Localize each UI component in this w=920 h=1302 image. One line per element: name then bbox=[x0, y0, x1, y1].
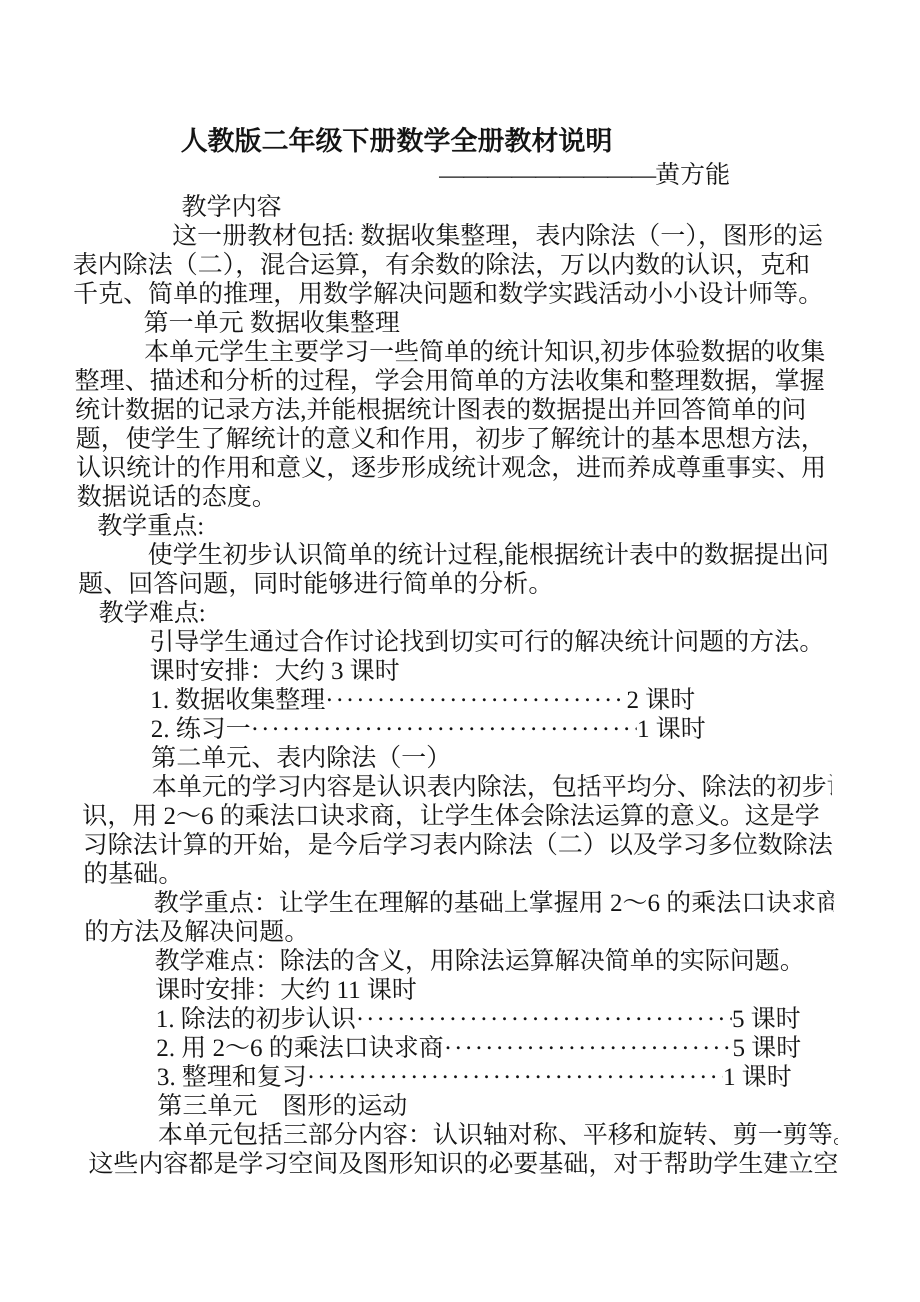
text-line: 这些内容都是学习空间及图形知识的必要基础，对于帮助学生建立空 bbox=[88, 1150, 839, 1179]
text-line: 数据说话的态度。 bbox=[76, 483, 827, 512]
toc-dot-leader: ···································· bbox=[444, 1034, 733, 1063]
toc-item-hours: 5 课时 bbox=[732, 1005, 801, 1034]
text-line: 本单元的学习内容是认识表内除法，包括平均分、除法的初步认 bbox=[81, 773, 832, 802]
text-line: 题，使学生了解统计的意义和作用，初步了解统计的基本思想方法， bbox=[75, 425, 826, 454]
text-line: 识，用 2～6 的乘法口诀求商，让学生体会除法运算的意义。这是学 bbox=[82, 802, 833, 831]
teaching-difficulty-line: 教学难点：除法的含义，用除法运算解决简单的实际问题。 bbox=[85, 947, 836, 976]
text-line: 题、回答问题，同时能够进行简单的分析。 bbox=[78, 570, 829, 599]
toc-dot-leader: ········································… bbox=[307, 1063, 724, 1092]
signature-dash-leader: ————————— bbox=[439, 162, 655, 189]
toc-item-label: 2. 练习一 bbox=[150, 715, 251, 744]
toc-item-label: 1. 除法的初步认识 bbox=[156, 1005, 357, 1034]
toc-item: 1. 数据收集整理 ······························… bbox=[80, 686, 696, 715]
teaching-focus-line: 教学重点：让学生在理解的基础上掌握用 2～6 的乘法口诀求商 bbox=[84, 889, 835, 918]
toc-item-label: 2. 用 2～6 的乘法口诀求商 bbox=[156, 1034, 444, 1063]
unit3-heading: 第三单元 图形的运动 bbox=[87, 1092, 838, 1121]
text-line: 引导学生通过合作讨论找到切实可行的解决统计问题的方法。 bbox=[79, 628, 830, 657]
toc-dot-leader: ········································… bbox=[356, 1005, 733, 1034]
text-line: 的基础。 bbox=[83, 860, 834, 889]
text-line: 千克、简单的推理，用数学解决问题和数学实践活动小小设计师等。 bbox=[73, 280, 824, 309]
text-line: 整理、描述和分析的过程，学会用简单的方法收集和整理数据，掌握 bbox=[74, 367, 825, 396]
toc-item-hours: 2 课时 bbox=[626, 686, 695, 715]
toc-item: 2. 用 2～6 的乘法口诀求商 ·······················… bbox=[86, 1034, 802, 1063]
text-line: 的方法及解决问题。 bbox=[84, 918, 835, 947]
toc-item: 1. 除法的初步认识 ·····························… bbox=[86, 1005, 802, 1034]
teaching-difficulty-heading: 教学难点: bbox=[78, 599, 829, 628]
lesson-schedule-line: 课时安排：大约 3 课时 bbox=[79, 657, 830, 686]
text-line: 认识统计的作用和意义，逐步形成统计观念，进而养成尊重事实、用 bbox=[76, 454, 827, 483]
unit1-heading: 第一单元 数据收集整理 bbox=[73, 309, 824, 338]
toc-item-label: 3. 整理和复习 bbox=[157, 1063, 308, 1092]
toc-item: 3. 整理和复习 ·······························… bbox=[87, 1063, 793, 1092]
toc-item-label: 1. 数据收集整理 bbox=[150, 686, 326, 715]
toc-item: 2. 练习一 ·································… bbox=[80, 715, 706, 744]
text-line: 本单元学生主要学习一些简单的统计知识,初步体验数据的收集、 bbox=[74, 338, 825, 367]
toc-item-hours: 5 课时 bbox=[732, 1034, 801, 1063]
text-line: 本单元包括三部分内容：认识轴对称、平移和旋转、剪一剪等。 bbox=[88, 1121, 839, 1150]
author-signature-line: —————————黄方能 bbox=[71, 161, 822, 190]
document-page: 人教版二年级下册数学全册教材说明 —————————黄方能 教学内容 这一册教材… bbox=[0, 0, 920, 1302]
teaching-focus-heading: 教学重点: bbox=[77, 512, 828, 541]
lesson-schedule-line: 课时安排：大约 11 课时 bbox=[85, 976, 836, 1005]
text-line: 习除法计算的开始，是今后学习表内除法（二）以及学习多位数除法 bbox=[83, 831, 834, 860]
text-line: 统计数据的记录方法,并能根据统计图表的数据提出并回答简单的问 bbox=[75, 396, 826, 425]
unit2-heading: 第二单元、表内除法（一） bbox=[81, 744, 832, 773]
text-line: 这一册教材包括: 数据收集整理，表内除法（一），图形的运动， bbox=[72, 222, 823, 251]
text-line: 使学生初步认识简单的统计过程,能根据统计表中的数据提出问 bbox=[77, 541, 828, 570]
toc-item-hours: 1 课时 bbox=[637, 715, 706, 744]
toc-dot-leader: ········································… bbox=[250, 715, 637, 744]
text-line: 表内除法（二），混合运算，有余数的除法，万以内数的认识，克和 bbox=[72, 251, 823, 280]
toc-item-hours: 1 课时 bbox=[723, 1063, 792, 1092]
doc-title: 人教版二年级下册数学全册教材说明 bbox=[70, 124, 821, 158]
toc-dot-leader: ········································ bbox=[325, 686, 627, 715]
author-name: 黄方能 bbox=[655, 162, 730, 189]
document-content: 人教版二年级下册数学全册教材说明 —————————黄方能 教学内容 这一册教材… bbox=[68, 0, 839, 1179]
section-heading-teaching-content: 教学内容 bbox=[71, 193, 822, 222]
